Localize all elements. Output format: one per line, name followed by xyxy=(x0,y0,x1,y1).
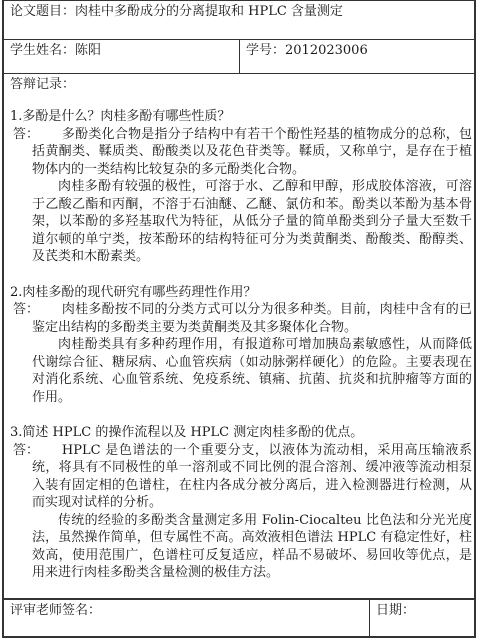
thesis-title-cell: 论文题目：肉桂中多酚成分的分离提取和 HPLC 含量测定 xyxy=(2,0,476,40)
student-name-cell: 学生姓名：陈阳 xyxy=(2,39,240,74)
question-3: 3.简述 HPLC 的操作流程以及 HPLC 测定肉桂多酚的优点。 xyxy=(10,424,472,442)
question-2: 2.肉桂多酚的现代研究有哪些药理性作用？ xyxy=(10,284,472,302)
answer-paragraph: 传统的经验的多酚类含量测定多用 Folin-Ciocalteu 比色法和分光光度… xyxy=(32,512,472,582)
reviewer-signature-label: 评审老师签名： xyxy=(10,603,101,619)
answer-lead: 答： xyxy=(13,442,39,460)
answer-3: 答： HPLC 是色谱法的一个重要分支，以液体为流动相，采用高压输液系统，将具有… xyxy=(10,442,472,582)
student-name: 学生姓名：陈阳 xyxy=(10,43,101,59)
student-id-cell: 学号：2012023006 xyxy=(239,39,476,74)
defense-record-form: 论文题目：肉桂中多酚成分的分离提取和 HPLC 含量测定 学生姓名：陈阳 学号：… xyxy=(0,0,479,641)
date-cell: 日期： xyxy=(369,598,476,638)
date-label: 日期： xyxy=(376,603,415,619)
answer-paragraph: 肉桂酚类具有多种药理作用，有报道称可增加胰岛素敏感性，从而降低代谢综合征、糖尿病… xyxy=(32,336,472,406)
answer-2: 答： 肉桂多酚按不同的分类方式可以分为很多种类。目前，肉桂中含有的已鉴定出结构的… xyxy=(10,301,472,406)
answer-lead: 答： xyxy=(13,301,39,319)
answer-paragraph: 肉桂多酚有较强的极性，可溶于水、乙醇和甲醇，形成胶体溶液，可溶于乙酸乙酯和丙酮，… xyxy=(32,178,472,266)
answer-paragraph: 肉桂多酚按不同的分类方式可以分为很多种类。目前，肉桂中含有的已鉴定出结构的多酚类… xyxy=(32,301,472,336)
qa-content: 1.多酚是什么？肉桂多酚有哪些性质？ 答： 多酚类化合物是指分子结构中有若干个酚… xyxy=(10,100,472,582)
question-1: 1.多酚是什么？肉桂多酚有哪些性质？ xyxy=(10,108,472,126)
defense-record-cell: 答辩记录： 1.多酚是什么？肉桂多酚有哪些性质？ 答： 多酚类化合物是指分子结构… xyxy=(2,73,476,599)
thesis-title: 论文题目：肉桂中多酚成分的分离提取和 HPLC 含量测定 xyxy=(10,4,343,20)
answer-1: 答： 多酚类化合物是指分子结构中有若干个酚性羟基的植物成分的总称，包括黄酮类、鞣… xyxy=(10,126,472,266)
defense-record-label: 答辩记录： xyxy=(10,77,75,93)
answer-paragraph: HPLC 是色谱法的一个重要分支，以液体为流动相，采用高压输液系统，将具有不同极… xyxy=(32,442,472,512)
reviewer-signature-cell: 评审老师签名： xyxy=(2,598,370,638)
answer-lead: 答： xyxy=(13,126,39,144)
student-id: 学号：2012023006 xyxy=(246,43,368,59)
answer-paragraph: 多酚类化合物是指分子结构中有若干个酚性羟基的植物成分的总称，包括黄酮类、鞣质类、… xyxy=(32,126,472,179)
